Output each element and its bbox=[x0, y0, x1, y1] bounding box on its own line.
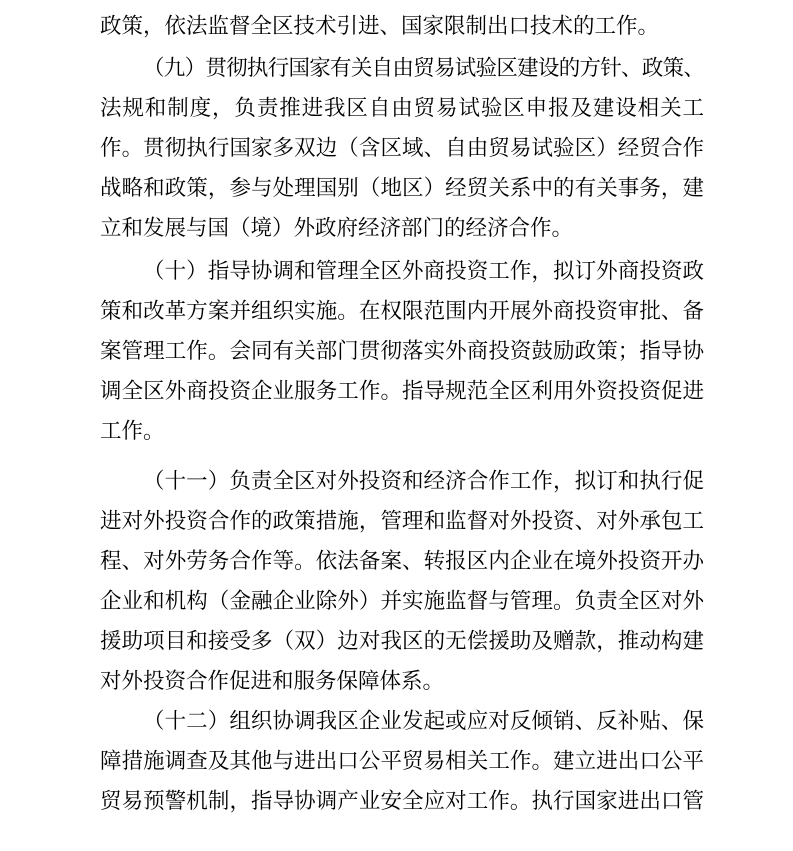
text-line: 战略和政策，参与处理国别（地区）经贸关系中的有关事务，建 bbox=[100, 168, 704, 208]
document-page: 政策，依法监督全区技术引进、国家限制出口技术的工作。 （九）贯彻执行国家有关自由… bbox=[0, 0, 793, 851]
paragraph-12: （十二）组织协调我区企业发起或应对反倾销、反补贴、保 障措施调查及其他与进出口公… bbox=[100, 701, 704, 821]
text-line: 立和发展与国（境）外政府经济部门的经济合作。 bbox=[100, 208, 704, 248]
text-line: 进对外投资合作的政策措施，管理和监督对外投资、对外承包工 bbox=[100, 501, 704, 541]
text-line: 案管理工作。会同有关部门贯彻落实外商投资鼓励政策；指导协 bbox=[100, 331, 704, 371]
text-line: 作。贯彻执行国家多双边（含区域、自由贸易试验区）经贸合作 bbox=[100, 128, 704, 168]
text-line: 策和改革方案并组织实施。在权限范围内开展外商投资审批、备 bbox=[100, 291, 704, 331]
text-line: 工作。 bbox=[100, 411, 704, 451]
text-line: 政策，依法监督全区技术引进、国家限制出口技术的工作。 bbox=[100, 6, 704, 46]
text-line: 程、对外劳务合作等。依法备案、转报区内企业在境外投资开办 bbox=[100, 541, 704, 581]
text-line: （十一）负责全区对外投资和经济合作工作，拟订和执行促 bbox=[100, 461, 704, 501]
paragraph-8-continuation: 政策，依法监督全区技术引进、国家限制出口技术的工作。 bbox=[100, 6, 704, 46]
text-line: （十）指导协调和管理全区外商投资工作，拟订外商投资政 bbox=[100, 251, 704, 291]
text-line: （十二）组织协调我区企业发起或应对反倾销、反补贴、保 bbox=[100, 701, 704, 741]
paragraph-10: （十）指导协调和管理全区外商投资工作，拟订外商投资政 策和改革方案并组织实施。在… bbox=[100, 251, 704, 451]
text-line: 企业和机构（金融企业除外）并实施监督与管理。负责全区对外 bbox=[100, 581, 704, 621]
text-line: 法规和制度，负责推进我区自由贸易试验区申报及建设相关工 bbox=[100, 88, 704, 128]
text-line: 援助项目和接受多（双）边对我区的无偿援助及赠款，推动构建 bbox=[100, 621, 704, 661]
text-line: 调全区外商投资企业服务工作。指导规范全区利用外资投资促进 bbox=[100, 371, 704, 411]
text-line: 障措施调查及其他与进出口公平贸易相关工作。建立进出口公平 bbox=[100, 741, 704, 781]
text-line: 贸易预警机制，指导协调产业安全应对工作。执行国家进出口管 bbox=[100, 781, 704, 821]
text-line: （九）贯彻执行国家有关自由贸易试验区建设的方针、政策、 bbox=[100, 48, 704, 88]
paragraph-9: （九）贯彻执行国家有关自由贸易试验区建设的方针、政策、 法规和制度，负责推进我区… bbox=[100, 48, 704, 248]
paragraph-11: （十一）负责全区对外投资和经济合作工作，拟订和执行促 进对外投资合作的政策措施，… bbox=[100, 461, 704, 701]
text-line: 对外投资合作促进和服务保障体系。 bbox=[100, 661, 704, 701]
